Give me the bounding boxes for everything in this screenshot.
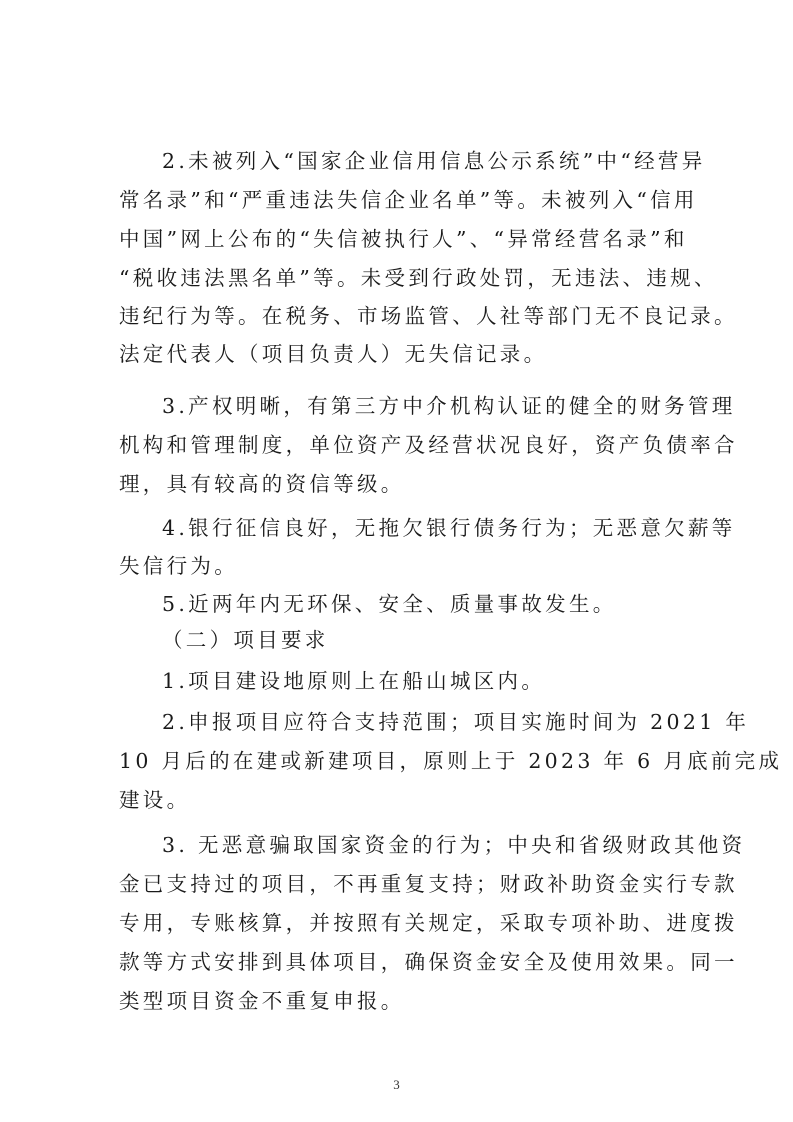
page-number: 3 (0, 1077, 793, 1093)
paragraph-line: 专用，专账核算，并按照有关规定，采取专项补助、进度拨 (119, 910, 675, 936)
paragraph-line: 违纪行为等。在税务、市场监管、人社等部门无不良记录。 (119, 303, 675, 329)
paragraph-line: 中国”网上公布的“失信被执行人”、“异常经营名录”和 (119, 226, 675, 252)
paragraph-line: 金已支持过的项目，不再重复支持；财政补助资金实行专款 (119, 871, 675, 897)
paragraph-line: 理，具有较高的资信等级。 (119, 471, 675, 497)
paragraph-line: 常名录”和“严重违法失信企业名单”等。未被列入“信用 (119, 187, 675, 213)
paragraph-line: 机构和管理制度，单位资产及经营状况良好，资产负债率合 (119, 432, 675, 458)
paragraph-line: 1.项目建设地原则上在船山城区内。 (162, 668, 718, 694)
paragraph-line: 4.银行征信良好，无拖欠银行债务行为；无恶意欠薪等 (162, 515, 718, 541)
paragraph-line: 法定代表人（项目负责人）无失信记录。 (119, 341, 675, 367)
paragraph-line: “税收违法黑名单”等。未受到行政处罚，无违法、违规、 (119, 265, 675, 291)
paragraph-line: 2.申报项目应符合支持范围；项目实施时间为 2021 年 (162, 709, 718, 735)
section-heading: （二）项目要求 (162, 627, 718, 653)
paragraph-line: 5.近两年内无环保、安全、质量事故发生。 (162, 591, 718, 617)
paragraph-line: 款等方式安排到具体项目，确保资金安全及使用效果。同一 (119, 949, 675, 975)
paragraph-line: 10 月后的在建或新建项目，原则上于 2023 年 6 月底前完成 (119, 748, 675, 774)
paragraph-line: 3. 无恶意骗取国家资金的行为；中央和省级财政其他资 (162, 832, 718, 858)
paragraph-line: 失信行为。 (119, 553, 675, 579)
paragraph-line: 3.产权明晰，有第三方中介机构认证的健全的财务管理 (162, 393, 718, 419)
document-page: 2.未被列入“国家企业信用信息公示系统”中“经营异 常名录”和“严重违法失信企业… (0, 0, 793, 1122)
paragraph-line: 建设。 (119, 787, 675, 813)
paragraph-line: 类型项目资金不重复申报。 (119, 988, 675, 1014)
paragraph-line: 2.未被列入“国家企业信用信息公示系统”中“经营异 (162, 148, 718, 174)
